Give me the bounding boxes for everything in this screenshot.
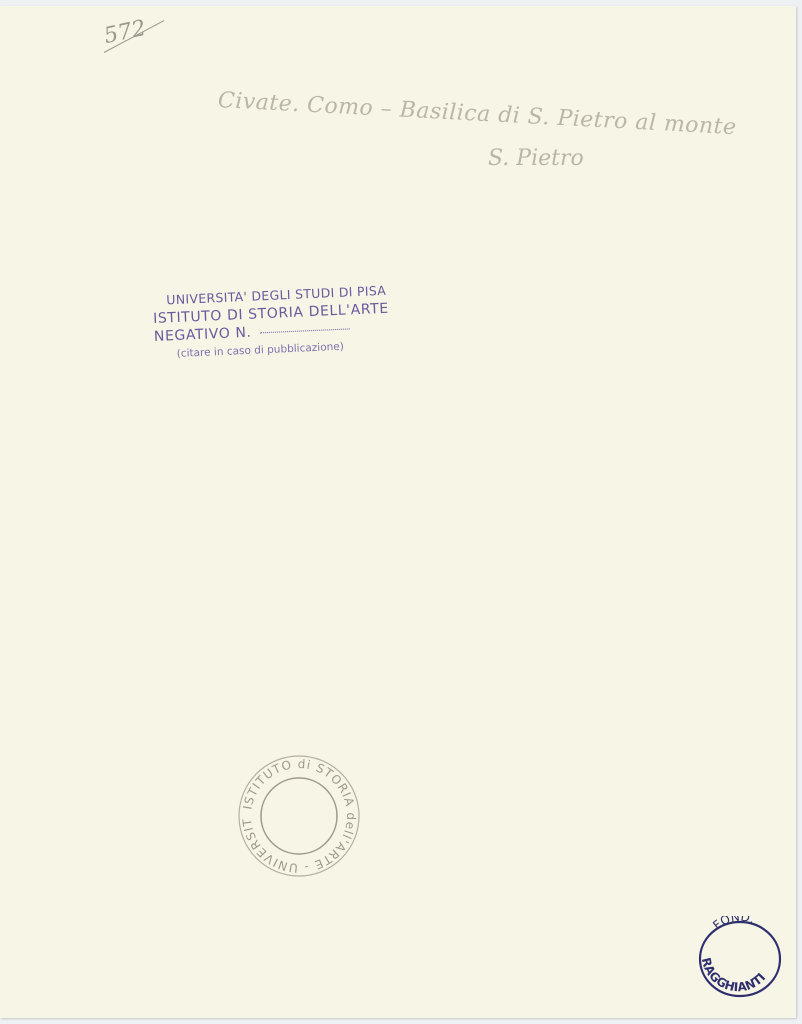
svg-text:FOND.: FOND. — [710, 916, 756, 932]
negative-number-stamp: UNIVERSITA' DEGLI STUDI DI PISA ISTITUTO… — [152, 282, 395, 364]
foundation-stamp-bottom-text: RAGGHIANTI — [699, 956, 768, 994]
foundation-stamp-top-text: FOND. — [710, 916, 756, 932]
negative-number-blank — [260, 328, 350, 333]
ragghianti-foundation-stamp-icon: FOND. RAGGHIANTI — [694, 916, 786, 1002]
photo-verso-sheet: 572 Civate. Como – Basilica di S. Pietro… — [0, 6, 796, 1018]
institute-seal-icon: ISTITUTO di STORIA dell'ARTE - UNIVERSIT… — [236, 753, 362, 879]
svg-text:RAGGHIANTI: RAGGHIANTI — [699, 956, 768, 994]
handwritten-caption-line1: Civate. Como – Basilica di S. Pietro al … — [217, 88, 737, 140]
handwritten-caption-line2: S. Pietro — [488, 146, 584, 171]
